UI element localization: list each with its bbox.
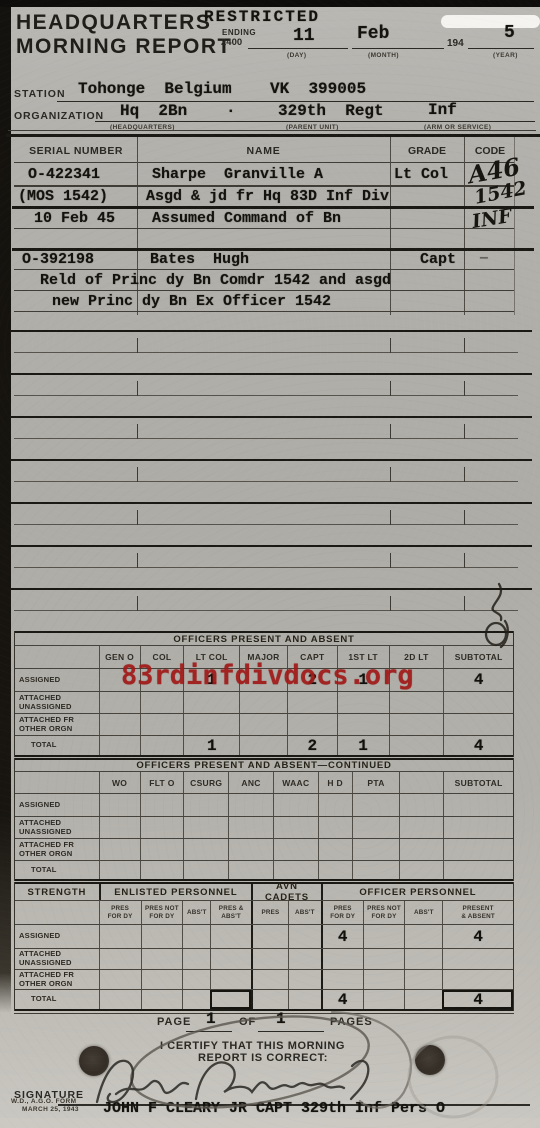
typed-signer-line: JOHN F CLEARY JR CAPT 329th Inf Pers O [103,1100,445,1117]
value-cell [239,714,287,735]
form-number-line1: W.D., A.G.O. FORM [11,1098,76,1105]
value-cell [442,949,513,969]
value-cell [99,692,140,713]
value-cell [399,839,443,860]
value-cell [273,817,318,838]
morning-report-document: HEADQUARTERS MORNING REPORT RESTRICTED E… [0,0,540,1128]
column-header: PRES NOTFOR DY [363,901,405,924]
rule [14,269,514,270]
column-tick [390,424,391,439]
empty-row-group [10,416,532,461]
column-tick [464,467,465,482]
col-serial-number: SERIAL NUMBER [15,145,137,157]
year-value: 5 [504,23,515,43]
value-cell [251,990,288,1009]
rule-heavy [12,206,534,209]
column-tick [390,338,391,353]
empty-row-group [10,502,532,547]
day-caption: (DAY) [287,52,306,59]
month-value: Feb [357,24,389,44]
stat-row: ATTACHEDUNASSIGNED [15,949,513,970]
value-cell [228,839,273,860]
year-underline [468,32,534,49]
row-label: ATTACHEDUNASSIGNED [15,817,99,838]
year-caption: (YEAR) [493,52,518,59]
value-cell [99,817,140,838]
value-cell [251,949,288,969]
strength-table: STRENGTHENLISTED PERSONNELAVN CADETSOFFI… [14,882,514,1011]
rule [14,1013,514,1014]
day-value: 11 [293,26,315,46]
value-cell [352,794,400,816]
stat-row: ASSIGNED [15,794,513,817]
value-cell [182,925,210,948]
stat-row: ATTACHEDUNASSIGNED [15,817,513,839]
value-cell [287,692,337,713]
column-tick [390,553,391,568]
month-caption: (MONTH) [368,52,399,59]
pages-underline [258,1016,324,1032]
column-tick [137,553,138,568]
column-tick [464,424,465,439]
org-parent-value: 329th Regt [278,102,384,120]
column-tick [464,338,465,353]
value-cell [99,794,140,816]
entry-serial: O-392198 [22,251,94,268]
entry-serial: (MOS 1542) [18,188,108,205]
value-cell [288,925,321,948]
value-cell [99,839,140,860]
value-cell [140,839,184,860]
stat-row: ASSIGNED44 [15,925,513,949]
officers-continued-table: OFFICERS PRESENT AND ABSENT—CONTINUEDWOF… [14,758,514,881]
column-tick [464,510,465,525]
value-cell: 1 [337,736,389,755]
org-unit-value: Hq 2Bn [120,102,187,120]
value-cell: 4 [443,736,513,755]
column-header: PRES NOTFOR DY [141,901,183,924]
column-header [399,772,443,793]
value-cell: 2 [287,736,337,755]
value-cell [140,714,184,735]
value-cell [442,970,513,989]
table-title: OFFICERS PRESENT AND ABSENT—CONTINUED [15,760,513,771]
value-cell [399,794,443,816]
value-cell: 4 [443,669,513,691]
column-tick [137,467,138,482]
value-cell [443,817,513,838]
value-cell [363,925,405,948]
entry-remark: Reld of Princ dy Bn Comdr 1542 and asgd [40,272,391,289]
value-cell [141,990,183,1009]
value-cell [228,794,273,816]
table-title: OFFICERS PRESENT AND ABSENT [15,633,513,645]
value-cell [251,970,288,989]
column-header: SUBTOTAL [443,646,513,668]
column-header: PRES &ABS'T [210,901,251,924]
column-header: PRESENT& ABSENT [442,901,513,924]
form-title-line2: MORNING REPORT [16,35,232,59]
value-cell [239,692,287,713]
value-cell [389,714,444,735]
column-header: PRESFOR DY [321,901,363,924]
rule [14,228,514,229]
value-cell [210,990,251,1009]
column-header: FLT O [140,772,184,793]
stat-row: TOTAL44 [15,990,513,1011]
group-header: ENLISTED PERSONNEL [99,884,251,900]
value-cell [404,970,442,989]
value-cell [140,794,184,816]
value-cell [318,861,352,879]
value-cell [99,736,140,755]
empty-row-group [10,459,532,504]
value-cell [99,714,140,735]
stat-row: ATTACHEDUNASSIGNED [15,692,513,714]
value-cell [99,990,141,1009]
corner-cell [15,772,99,793]
form-number-line2: MARCH 25, 1943 [22,1106,79,1113]
row-label: ATTACHEDUNASSIGNED [15,692,99,713]
stat-row: ATTACHED FROTHER ORGN [15,714,513,736]
value-cell: 4 [321,925,363,948]
classification-stamp: RESTRICTED [204,8,320,26]
value-cell [140,817,184,838]
row-label: ATTACHEDUNASSIGNED [15,949,99,969]
rule [14,185,514,187]
entry-serial: 10 Feb 45 [34,210,115,227]
value-cell [141,949,183,969]
column-header: PRESFOR DY [99,901,141,924]
value-cell [141,970,183,989]
corner-cell [15,646,99,668]
value-cell [321,970,363,989]
value-cell [389,692,444,713]
entry-code-dash: — [480,250,488,265]
station-value: Tohonge Belgium VK 399005 [78,80,366,98]
value-cell [210,949,251,969]
entry-name: Bates Hugh [150,251,249,268]
entry-name: Assumed Command of Bn [152,210,341,227]
stat-row: ATTACHED FROTHER ORGN [15,970,513,990]
column-tick [137,510,138,525]
value-cell [443,861,513,879]
value-cell [363,970,405,989]
column-header: ABS'T [182,901,210,924]
scan-bottom-edge [0,1118,540,1128]
entry-name: Sharpe Granville A [152,166,323,183]
value-cell [99,925,141,948]
value-cell [141,925,183,948]
value-cell [389,736,444,755]
stat-row: STRENGTHENLISTED PERSONNELAVN CADETSOFFI… [15,882,513,901]
entry-grade: Lt Col [394,166,448,183]
value-cell [404,990,442,1009]
value-cell: 1 [183,736,239,755]
value-cell [443,692,513,713]
pages-label: PAGES [330,1016,373,1028]
rule [14,311,514,312]
row-label: ASSIGNED [15,925,99,948]
organization-label: ORGANIZATION [14,110,104,122]
value-cell [363,990,405,1009]
stat-row: PRESFOR DYPRES NOTFOR DYABS'TPRES &ABS'T… [15,901,513,925]
stat-row: TOTAL [15,861,513,881]
row-label: ATTACHED FROTHER ORGN [15,970,99,989]
officers-present-absent-table: OFFICERS PRESENT AND ABSENTGEN OCOLLT CO… [14,631,514,757]
value-cell [228,861,273,879]
value-cell [352,861,400,879]
column-tick [137,338,138,353]
entry-name: Asgd & jd fr Hq 83D Inf Div [146,188,389,205]
value-cell: 4 [442,925,513,948]
row-label: ATTACHED FROTHER ORGN [15,714,99,735]
value-cell [239,736,287,755]
rule [14,162,514,163]
of-label: OF [239,1016,256,1028]
empty-row-group [10,545,532,590]
value-cell [182,990,210,1009]
value-cell [443,794,513,816]
value-cell [363,949,405,969]
value-cell [99,861,140,879]
value-cell [443,714,513,735]
column-header: SUBTOTAL [443,772,513,793]
column-tick [137,596,138,611]
stat-row: OFFICERS PRESENT AND ABSENT—CONTINUED [15,758,513,772]
value-cell [273,839,318,860]
value-cell [228,817,273,838]
column-tick [390,510,391,525]
pages-number: 1 [276,1010,286,1028]
value-cell: 4 [442,990,513,1009]
value-cell [288,970,321,989]
stat-row: WOFLT OCSURGANCWAACH DPTASUBTOTAL [15,772,513,794]
empty-row-group [10,373,532,418]
column-header: ANC [228,772,273,793]
year-prefix: 194 [447,38,464,49]
punch-hole-left [79,1046,109,1076]
value-cell [183,839,228,860]
stat-row: ATTACHED FROTHER ORGN [15,839,513,861]
row-label: TOTAL [15,990,99,1009]
value-cell [352,839,400,860]
entry-grade: Capt [420,251,456,268]
value-cell [140,692,184,713]
column-header: PTA [352,772,400,793]
value-cell [99,949,141,969]
value-cell [182,949,210,969]
column-header: CSURG [183,772,228,793]
scan-top-edge [0,0,540,7]
entry-remark: new Princ dy Bn Ex Officer 1542 [52,293,331,310]
column-tick [464,381,465,396]
column-header: H D [318,772,352,793]
empty-row-group [10,330,532,375]
value-cell [210,925,251,948]
page-number: 1 [206,1010,216,1028]
row-label: TOTAL [15,861,99,879]
value-cell [99,970,141,989]
col-grade: GRADE [390,145,464,157]
value-cell [183,817,228,838]
punch-hole-right [415,1045,445,1075]
rule [8,130,536,131]
value-cell: 4 [321,990,363,1009]
row-label: ASSIGNED [15,669,99,691]
value-cell [318,794,352,816]
value-cell [287,714,337,735]
column-tick [464,553,465,568]
value-cell [251,925,288,948]
value-cell [183,714,239,735]
column-header: PRES [251,901,288,924]
column-divider [464,137,465,315]
row-label: ATTACHED FROTHER ORGN [15,839,99,860]
value-cell [321,949,363,969]
value-cell [318,817,352,838]
value-cell [210,970,251,989]
certify-line1: I CERTIFY THAT THIS MORNING [160,1040,345,1052]
column-tick [464,596,465,611]
value-cell [318,839,352,860]
row-label: ASSIGNED [15,794,99,816]
value-cell [273,861,318,879]
value-cell [404,925,442,948]
value-cell [140,861,184,879]
value-cell [399,861,443,879]
corner-cell [15,901,99,924]
rule-heavy [6,134,540,137]
value-cell [352,817,400,838]
entry-serial: O-422341 [28,166,100,183]
empty-row-group [10,588,532,633]
form-title-line1: HEADQUARTERS [16,11,211,35]
column-header: ABS'T [404,901,442,924]
column-tick [390,596,391,611]
column-tick [390,467,391,482]
value-cell [288,949,321,969]
col-name: NAME [137,145,390,157]
column-header: WAAC [273,772,318,793]
column-tick [137,381,138,396]
value-cell [399,817,443,838]
certify-line2: REPORT IS CORRECT: [198,1052,328,1064]
signature-script [97,1061,368,1102]
rule [14,290,514,291]
row-label: TOTAL [15,736,99,755]
value-cell [404,949,442,969]
value-cell [288,990,321,1009]
org-arm-value: Inf [428,101,457,119]
value-cell [182,970,210,989]
ending-time: 2400 [221,37,242,48]
strength-label: STRENGTH [15,884,99,900]
value-cell [183,861,228,879]
column-header: ABS'T [288,901,321,924]
group-header: AVN CADETS [251,884,321,900]
value-cell [183,692,239,713]
column-tick [137,424,138,439]
value-cell [140,736,184,755]
stat-row: TOTAL1214 [15,736,513,757]
value-cell [183,794,228,816]
site-watermark: 83rdinfdivdocs.org [121,660,414,691]
group-header: OFFICER PERSONNEL [321,884,513,900]
stat-row: OFFICERS PRESENT AND ABSENT [15,631,513,646]
column-tick [390,381,391,396]
value-cell [337,692,389,713]
scan-white-patch [441,15,540,28]
value-cell [273,794,318,816]
column-header: WO [99,772,140,793]
org-separator-dot: · [226,102,236,120]
value-cell [443,839,513,860]
value-cell [337,714,389,735]
